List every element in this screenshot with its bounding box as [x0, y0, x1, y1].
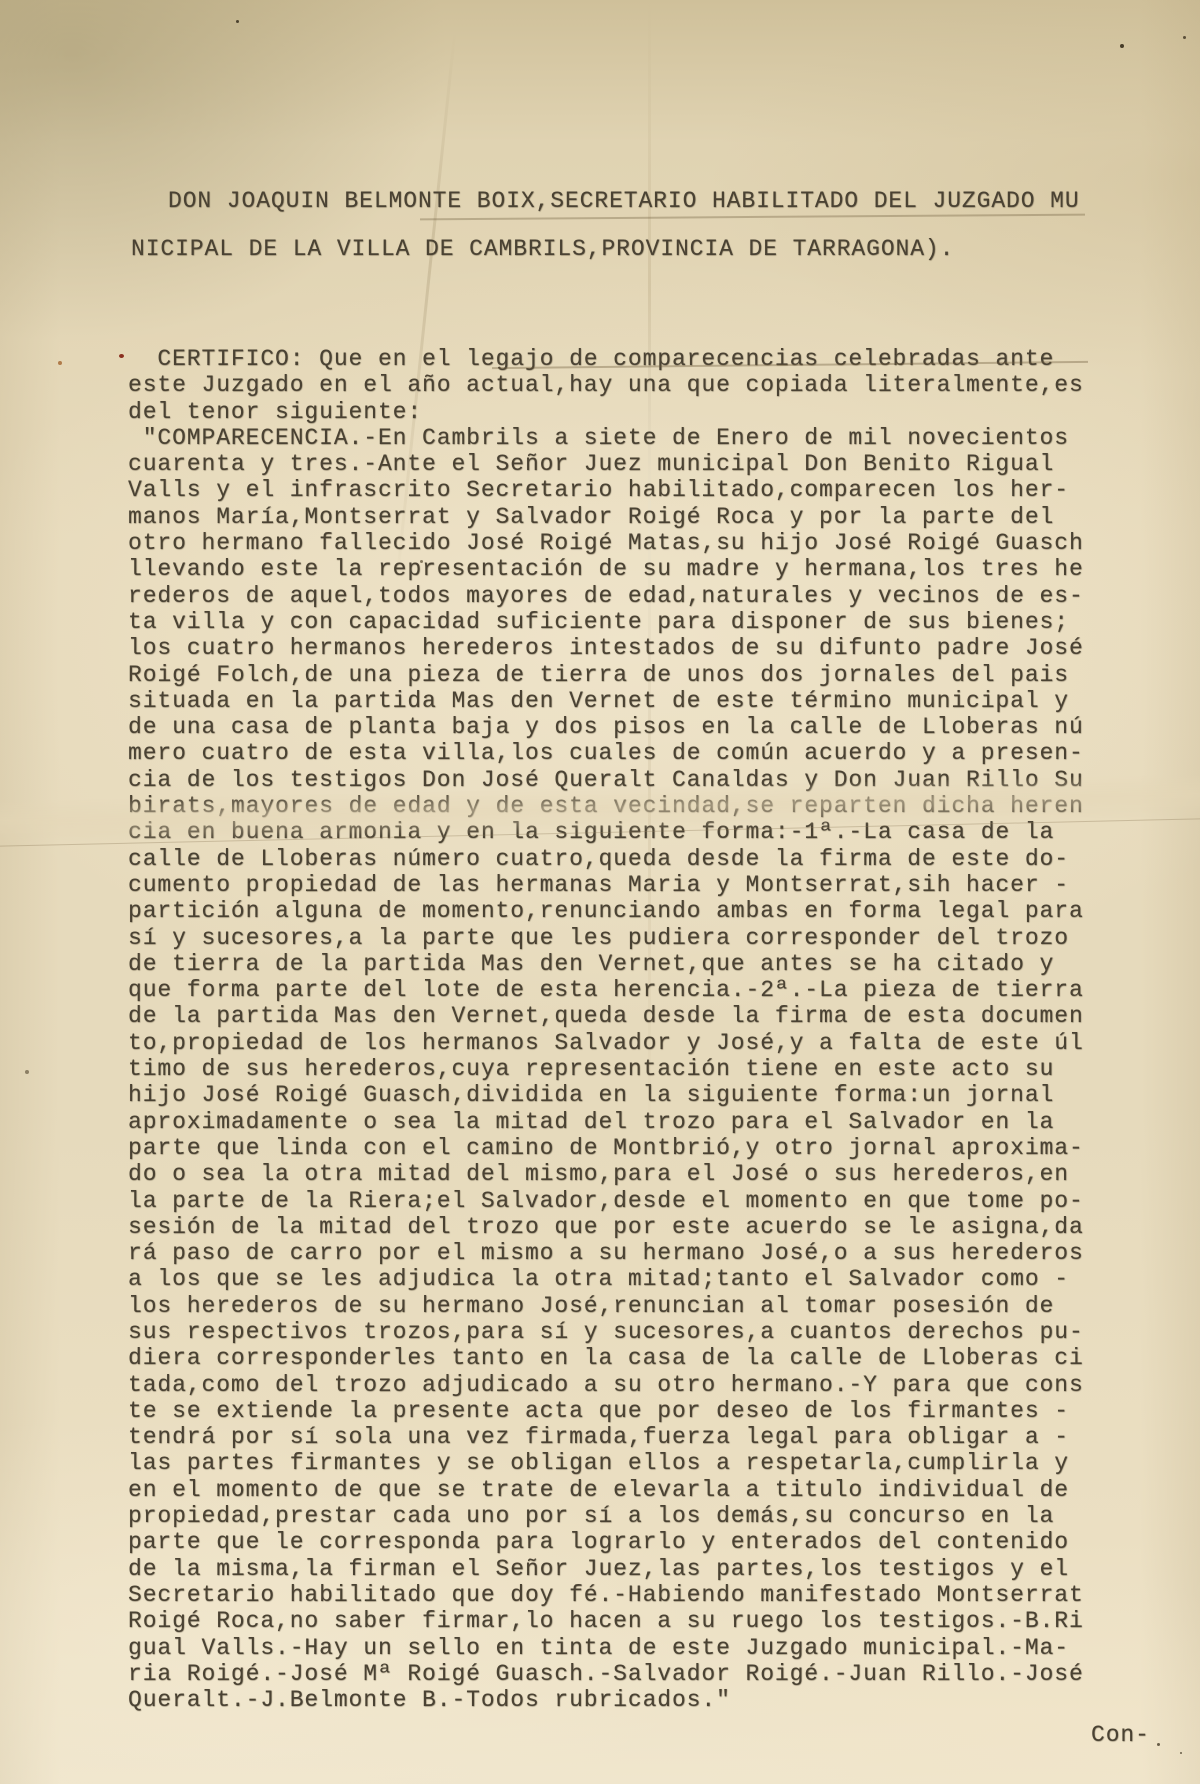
crease-line-under-header	[420, 214, 1085, 221]
header-line-1: DON JOAQUIN BELMONTE BOIX,SECRETARIO HAB…	[168, 188, 1080, 214]
paper-speck	[25, 1070, 29, 1074]
paper-speck	[1157, 1743, 1160, 1746]
paper-speck	[1180, 1752, 1182, 1754]
paper-speck	[236, 20, 239, 23]
paper-speck	[1183, 36, 1186, 39]
paper-speck	[1120, 44, 1124, 48]
certificate-body-text: CERTIFICO: Que en el legajo de comparece…	[128, 346, 1103, 1713]
document-page: DON JOAQUIN BELMONTE BOIX,SECRETARIO HAB…	[0, 0, 1200, 1784]
paper-speck-orange	[58, 361, 62, 365]
header-line-2: NICIPAL DE LA VILLA DE CAMBRILS,PROVINCI…	[131, 236, 954, 262]
paper-speck-red	[119, 354, 124, 358]
catchword: Con-	[1091, 1722, 1150, 1748]
